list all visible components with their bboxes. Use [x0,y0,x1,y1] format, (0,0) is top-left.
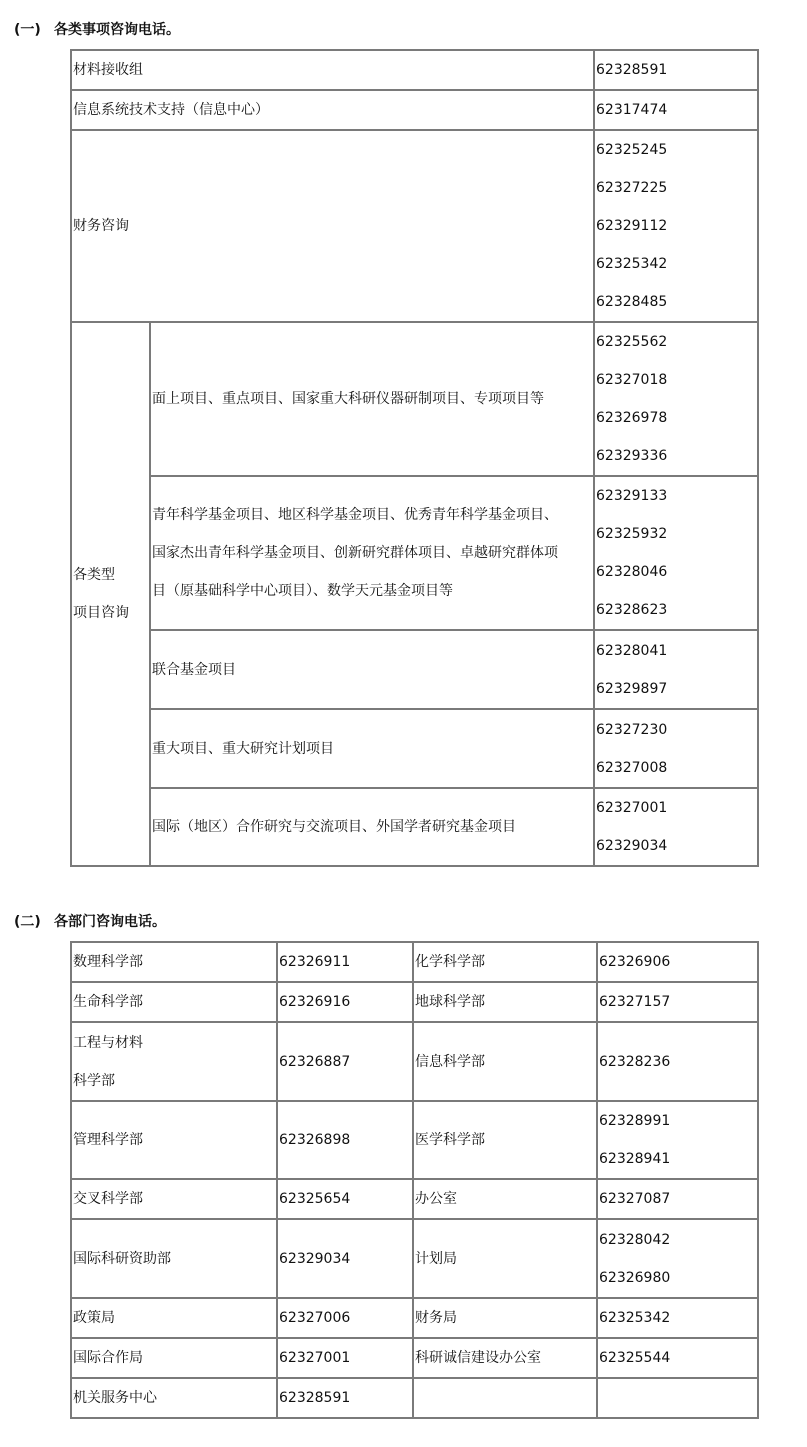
department-name: 化学科学部 [413,942,597,982]
phone-number: 62326980 [599,1259,757,1297]
phone-number: 62328042 [599,1221,757,1259]
department-phone: 62327087 [597,1179,758,1219]
group-label-line: 各类型 [73,556,149,594]
phone-number: 62327001 [596,789,757,827]
department-phone: 62328991 62328941 [597,1101,758,1179]
phone-number: 62328991 [599,1102,757,1140]
department-phone: 62328042 62326980 [597,1219,758,1298]
department-phone-table: 数理科学部 62326911 化学科学部 62326906 生命科学部 6232… [70,941,759,1419]
phone-number: 62325562 [596,323,757,361]
department-phone: 62326916 [277,982,413,1022]
department-name: 财务局 [413,1298,597,1338]
section-1-number: (一) [14,20,54,40]
phone-cell: 62317474 [594,90,758,130]
consultation-phone-table: 材料接收组 62328591 信息系统技术支持（信息中心） 62317474 财… [70,49,759,867]
group-label-line: 项目咨询 [73,594,149,632]
department-name: 国际合作局 [71,1338,277,1378]
item-label-line: 青年科学基金项目、地区科学基金项目、优秀青年科学基金项目、 [152,496,593,534]
item-label-line: 国家杰出青年科学基金项目、创新研究群体项目、卓越研究群体项 [152,534,593,572]
phone-number: 62327230 [596,711,757,749]
item-label: 联合基金项目 [150,630,594,709]
phone-number: 62327008 [596,749,757,787]
phone-number: 62328046 [596,553,757,591]
phone-cell: 62325245 62327225 62329112 62325342 6232… [594,130,758,322]
table-row: 材料接收组 62328591 [71,50,758,90]
department-name: 地球科学部 [413,982,597,1022]
phone-cell: 62329133 62325932 62328046 62328623 [594,476,758,630]
phone-number: 62326978 [596,399,757,437]
item-label: 重大项目、重大研究计划项目 [150,709,594,788]
phone-number: 62329897 [596,670,757,708]
table-row: 重大项目、重大研究计划项目 62327230 62327008 [71,709,758,788]
table-row: 信息系统技术支持（信息中心） 62317474 [71,90,758,130]
department-name: 交叉科学部 [71,1179,277,1219]
department-name: 医学科学部 [413,1101,597,1179]
department-phone: 62326898 [277,1101,413,1179]
department-name: 国际科研资助部 [71,1219,277,1298]
phone-number: 62328591 [596,51,757,89]
department-name: 工程与材料 科学部 [71,1022,277,1101]
table-row: 国际（地区）合作研究与交流项目、外国学者研究基金项目 62327001 6232… [71,788,758,866]
phone-number: 62329336 [596,437,757,475]
table-row: 财务咨询 62325245 62327225 62329112 62325342… [71,130,758,322]
department-phone: 62325342 [597,1298,758,1338]
department-phone: 62327006 [277,1298,413,1338]
phone-number: 62328941 [599,1140,757,1178]
phone-number: 62325342 [596,245,757,283]
department-name: 管理科学部 [71,1101,277,1179]
table-row: 数理科学部 62326911 化学科学部 62326906 [71,942,758,982]
row-label: 信息系统技术支持（信息中心） [71,90,594,130]
table-row: 各类型 项目咨询 面上项目、重点项目、国家重大科研仪器研制项目、专项项目等 62… [71,322,758,476]
phone-cell: 62328591 [594,50,758,90]
table-row: 管理科学部 62326898 医学科学部 62328991 62328941 [71,1101,758,1179]
department-name [413,1378,597,1418]
row-label: 材料接收组 [71,50,594,90]
section-1-heading: (一)各类事项咨询电话。 [14,20,180,40]
department-phone: 62328591 [277,1378,413,1418]
table-row: 联合基金项目 62328041 62329897 [71,630,758,709]
item-label: 青年科学基金项目、地区科学基金项目、优秀青年科学基金项目、 国家杰出青年科学基金… [150,476,594,630]
phone-number: 62329133 [596,477,757,515]
item-label: 国际（地区）合作研究与交流项目、外国学者研究基金项目 [150,788,594,866]
department-phone: 62326887 [277,1022,413,1101]
table-row: 机关服务中心 62328591 [71,1378,758,1418]
phone-cell: 62325562 62327018 62326978 62329336 [594,322,758,476]
item-label-line: 目（原基础科学中心项目）、数学天元基金项目等 [152,572,593,610]
phone-number: 62327018 [596,361,757,399]
table-row: 交叉科学部 62325654 办公室 62327087 [71,1179,758,1219]
department-phone: 62329034 [277,1219,413,1298]
department-name: 计划局 [413,1219,597,1298]
phone-number: 62317474 [596,91,757,129]
phone-number: 62329112 [596,207,757,245]
department-phone: 62327001 [277,1338,413,1378]
department-name: 生命科学部 [71,982,277,1022]
item-label: 面上项目、重点项目、国家重大科研仪器研制项目、专项项目等 [150,322,594,476]
department-phone: 62325654 [277,1179,413,1219]
department-name-line: 科学部 [73,1062,276,1100]
department-phone [597,1378,758,1418]
phone-number: 62325245 [596,131,757,169]
phone-number: 62325932 [596,515,757,553]
phone-cell: 62327001 62329034 [594,788,758,866]
phone-cell: 62328041 62329897 [594,630,758,709]
table-row: 生命科学部 62326916 地球科学部 62327157 [71,982,758,1022]
department-name: 科研诚信建设办公室 [413,1338,597,1378]
section-2-number: (二) [14,912,54,932]
table-row: 国际合作局 62327001 科研诚信建设办公室 62325544 [71,1338,758,1378]
table-row: 政策局 62327006 财务局 62325342 [71,1298,758,1338]
department-name: 机关服务中心 [71,1378,277,1418]
phone-number: 62328623 [596,591,757,629]
phone-cell: 62327230 62327008 [594,709,758,788]
department-phone: 62326906 [597,942,758,982]
phone-number: 62327225 [596,169,757,207]
department-phone: 62325544 [597,1338,758,1378]
section-2-title: 各部门咨询电话。 [54,914,166,930]
department-phone: 62326911 [277,942,413,982]
department-name: 数理科学部 [71,942,277,982]
group-label: 各类型 项目咨询 [71,322,150,866]
section-1-title: 各类事项咨询电话。 [54,22,180,38]
department-phone: 62328236 [597,1022,758,1101]
phone-number: 62328485 [596,283,757,321]
section-2-heading: (二)各部门咨询电话。 [14,912,166,932]
phone-number: 62328041 [596,632,757,670]
row-label: 财务咨询 [71,130,594,322]
department-name-line: 工程与材料 [73,1024,276,1062]
department-name: 信息科学部 [413,1022,597,1101]
department-name: 政策局 [71,1298,277,1338]
phone-number: 62329034 [596,827,757,865]
department-phone: 62327157 [597,982,758,1022]
table-row: 国际科研资助部 62329034 计划局 62328042 62326980 [71,1219,758,1298]
department-name: 办公室 [413,1179,597,1219]
table-row: 工程与材料 科学部 62326887 信息科学部 62328236 [71,1022,758,1101]
table-row: 青年科学基金项目、地区科学基金项目、优秀青年科学基金项目、 国家杰出青年科学基金… [71,476,758,630]
